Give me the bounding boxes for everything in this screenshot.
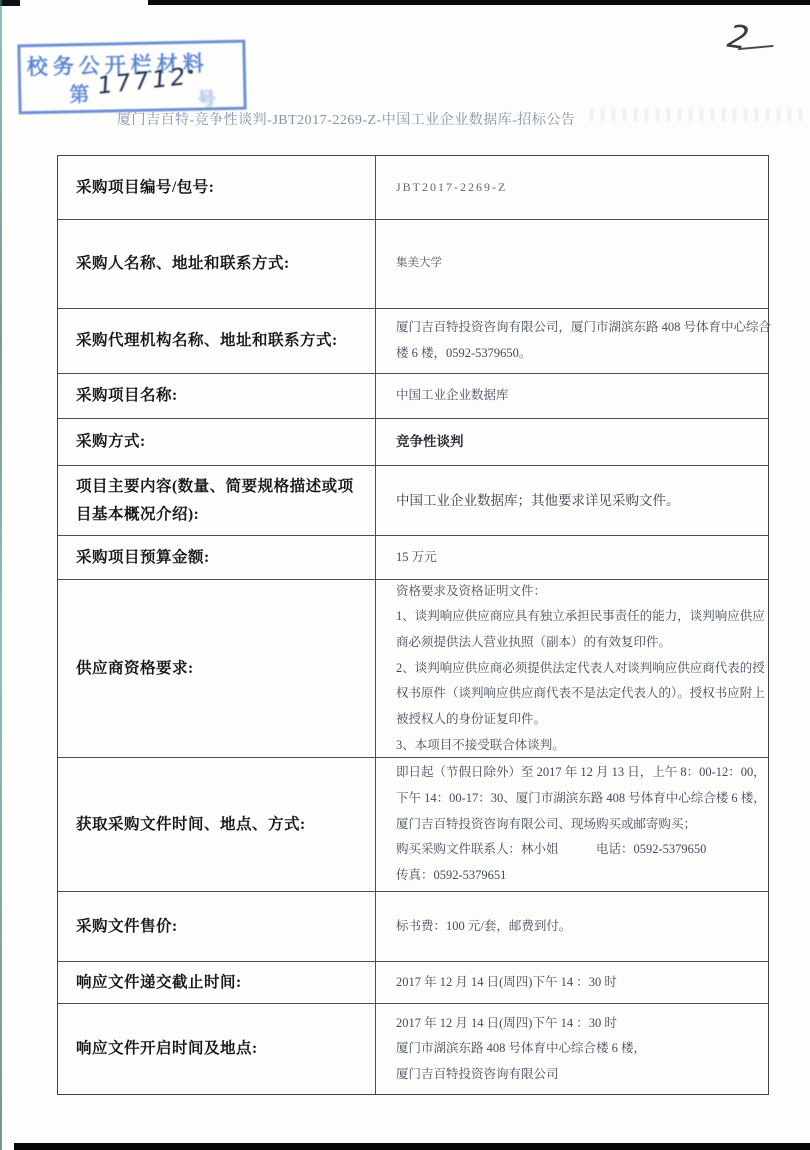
faint-ghost-text [590, 108, 805, 121]
table-row-procurement-method: 采购方式: 竞争性谈判 [58, 418, 768, 465]
ink-dot [189, 70, 193, 74]
table-row-main-content: 项目主要内容(数量、简要规格描述或项目基本概况介绍): 中国工业企业数据库；其他… [58, 465, 768, 535]
row-value: 竞争性谈判 [396, 428, 464, 456]
row-label-cell: 供应商资格要求: [58, 580, 376, 757]
row-label: 响应文件递交截止时间: [76, 969, 242, 996]
table-row-document-price: 采购文件售价: 标书费：100 元/套，邮费到付。 [58, 891, 768, 961]
row-label: 响应文件开启时间及地点: [76, 1035, 258, 1062]
row-value: 中国工业企业数据库；其他要求详见采购文件。 [396, 487, 680, 515]
row-value: 15 万元 [396, 545, 437, 571]
row-label: 项目主要内容(数量、简要规格描述或项目基本概况介绍): [76, 473, 367, 527]
row-label-cell: 采购代理机构名称、地址和联系方式: [58, 309, 376, 373]
table-row-submission-deadline: 响应文件递交截止时间: 2017 年 12 月 14 日(周四)下午 14 ：3… [58, 961, 768, 1003]
row-value-cell: 2017 年 12 月 14 日(周四)下午 14 ：30 时 [376, 962, 768, 1003]
stamp-number-suffix: 号 [197, 85, 216, 111]
row-value: 资格要求及资格证明文件： 1、谈判响应供应商应具有独立承担民事责任的能力，谈判响… [396, 579, 765, 758]
table-row-project-name: 采购项目名称: 中国工业企业数据库 [58, 373, 768, 418]
scan-edge-bottom [14, 1143, 810, 1150]
table-row-purchaser: 采购人名称、地址和联系方式: 集美大学 [58, 219, 768, 308]
row-label: 供应商资格要求: [76, 655, 194, 682]
row-value-cell: 中国工业企业数据库 [376, 374, 768, 418]
row-label: 采购方式: [76, 428, 146, 455]
row-label-cell: 项目主要内容(数量、简要规格描述或项目基本概况介绍): [58, 466, 376, 535]
handwritten-page-number: 2 [721, 17, 756, 56]
archive-stamp: 校务公开栏材料 第 17712 号 [17, 40, 246, 115]
table-row-budget: 采购项目预算金额: 15 万元 [58, 535, 768, 579]
row-label: 采购项目名称: [76, 382, 178, 409]
announcement-table: 采购项目编号/包号: JBT2017-2269-Z 采购人名称、地址和联系方式:… [57, 155, 769, 1095]
scan-edge-left [0, 0, 2, 1150]
scanned-document-page: 校务公开栏材料 第 17712 号 2 厦门吉百特-竞争性谈判-JBT2017-… [0, 0, 810, 1150]
row-value: 中国工业企业数据库 [396, 383, 509, 409]
row-value: JBT2017-2269-Z [396, 175, 507, 200]
row-value-cell: 资格要求及资格证明文件： 1、谈判响应供应商应具有独立承担民事责任的能力，谈判响… [376, 580, 768, 757]
row-value-cell: 15 万元 [376, 536, 768, 579]
scan-edge-top [148, 0, 810, 5]
row-label-cell: 采购文件售价: [58, 892, 376, 961]
row-label: 获取采购文件时间、地点、方式: [76, 811, 306, 838]
row-label-cell: 采购项目预算金额: [58, 536, 376, 579]
row-value-cell: 2017 年 12 月 14 日(周四)下午 14 ：30 时 厦门市湖滨东路 … [376, 1004, 768, 1094]
row-label-cell: 响应文件递交截止时间: [58, 962, 376, 1003]
row-label-cell: 获取采购文件时间、地点、方式: [58, 758, 376, 891]
row-value: 标书费：100 元/套，邮费到付。 [396, 914, 571, 940]
row-label-cell: 采购人名称、地址和联系方式: [58, 220, 376, 308]
row-label-cell: 采购方式: [58, 419, 376, 465]
row-value-cell: 标书费：100 元/套，邮费到付。 [376, 892, 768, 961]
table-row-supplier-qualification: 供应商资格要求: 资格要求及资格证明文件： 1、谈判响应供应商应具有独立承担民事… [58, 579, 768, 757]
row-label-cell: 响应文件开启时间及地点: [58, 1004, 376, 1094]
row-label-cell: 采购项目名称: [58, 374, 376, 418]
table-row-agency: 采购代理机构名称、地址和联系方式: 厦门吉百特投资咨询有限公司，厦门市湖滨东路 … [58, 308, 768, 373]
row-value-cell: 即日起（节假日除外）至 2017 年 12 月 13 日，上午 8：00-12：… [376, 758, 768, 891]
table-row-opening-time: 响应文件开启时间及地点: 2017 年 12 月 14 日(周四)下午 14 ：… [58, 1003, 768, 1094]
table-row-project-number: 采购项目编号/包号: JBT2017-2269-Z [58, 156, 768, 219]
row-value: 集美大学 [396, 252, 442, 276]
row-label-cell: 采购项目编号/包号: [58, 156, 376, 219]
row-value: 2017 年 12 月 14 日(周四)下午 14 ：30 时 [396, 970, 617, 996]
row-label: 采购项目编号/包号: [76, 174, 214, 201]
row-value: 2017 年 12 月 14 日(周四)下午 14 ：30 时 厦门市湖滨东路 … [396, 1011, 646, 1088]
scan-edge-top-left [0, 0, 20, 6]
row-value-cell: 厦门吉百特投资咨询有限公司，厦门市湖滨东路 408 号体育中心综合 楼 6 楼，… [376, 309, 771, 373]
row-label: 采购人名称、地址和联系方式: [76, 250, 290, 277]
stamp-number-prefix: 第 [69, 78, 90, 107]
row-value-cell: JBT2017-2269-Z [376, 156, 768, 219]
row-value-cell: 集美大学 [376, 220, 768, 308]
row-value: 即日起（节假日除外）至 2017 年 12 月 13 日，上午 8：00-12：… [396, 760, 766, 888]
row-label: 采购代理机构名称、地址和联系方式: [76, 327, 338, 354]
row-value-cell: 中国工业企业数据库；其他要求详见采购文件。 [376, 466, 768, 535]
table-row-document-acquisition: 获取采购文件时间、地点、方式: 即日起（节假日除外）至 2017 年 12 月 … [58, 757, 768, 891]
row-label: 采购项目预算金额: [76, 544, 210, 571]
row-value-cell: 竞争性谈判 [376, 419, 768, 465]
row-label: 采购文件售价: [76, 913, 178, 940]
row-value: 厦门吉百特投资咨询有限公司，厦门市湖滨东路 408 号体育中心综合 楼 6 楼，… [396, 315, 771, 366]
